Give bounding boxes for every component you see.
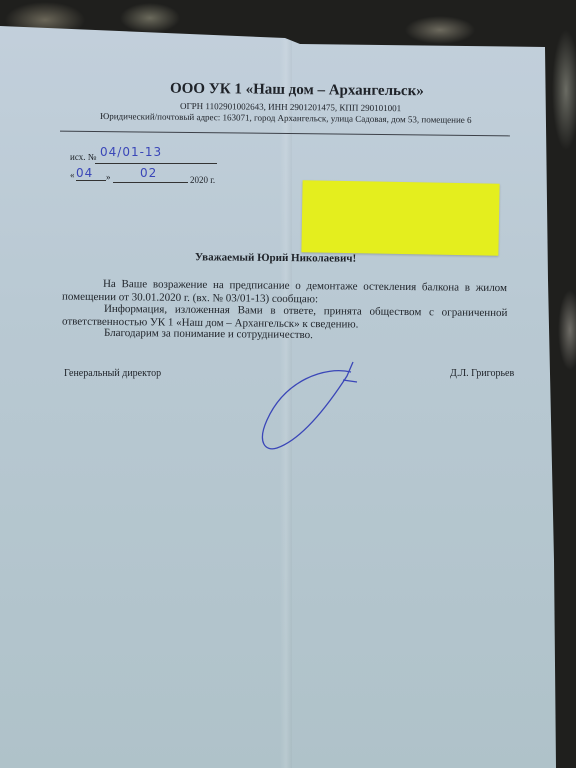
redacted-recipient-sticker [301, 180, 499, 255]
handwritten-signature [255, 360, 365, 460]
date-day-line [76, 180, 106, 181]
greeting: Уважаемый Юрий Николаевич! [195, 251, 356, 264]
date-close-quote: » [106, 172, 111, 182]
signatory-name: Д.Л. Григорьев [450, 368, 514, 379]
date-day-handwritten: 04 [76, 166, 93, 180]
outgoing-number-label: исх. № [70, 152, 96, 162]
body-line-5: Благодарим за понимание и сотрудничество… [104, 327, 313, 341]
date-year: 2020 г. [190, 175, 215, 185]
signatory-position: Генеральный директор [64, 368, 161, 379]
company-name: ООО УК 1 «Наш дом – Архангельск» [170, 81, 424, 101]
date-open-quote: « [70, 170, 75, 180]
date-month-line [113, 182, 188, 183]
date-month-handwritten: 02 [140, 166, 157, 180]
outgoing-number-handwritten: 04/01-13 [100, 145, 162, 159]
outgoing-number-line [95, 163, 217, 164]
